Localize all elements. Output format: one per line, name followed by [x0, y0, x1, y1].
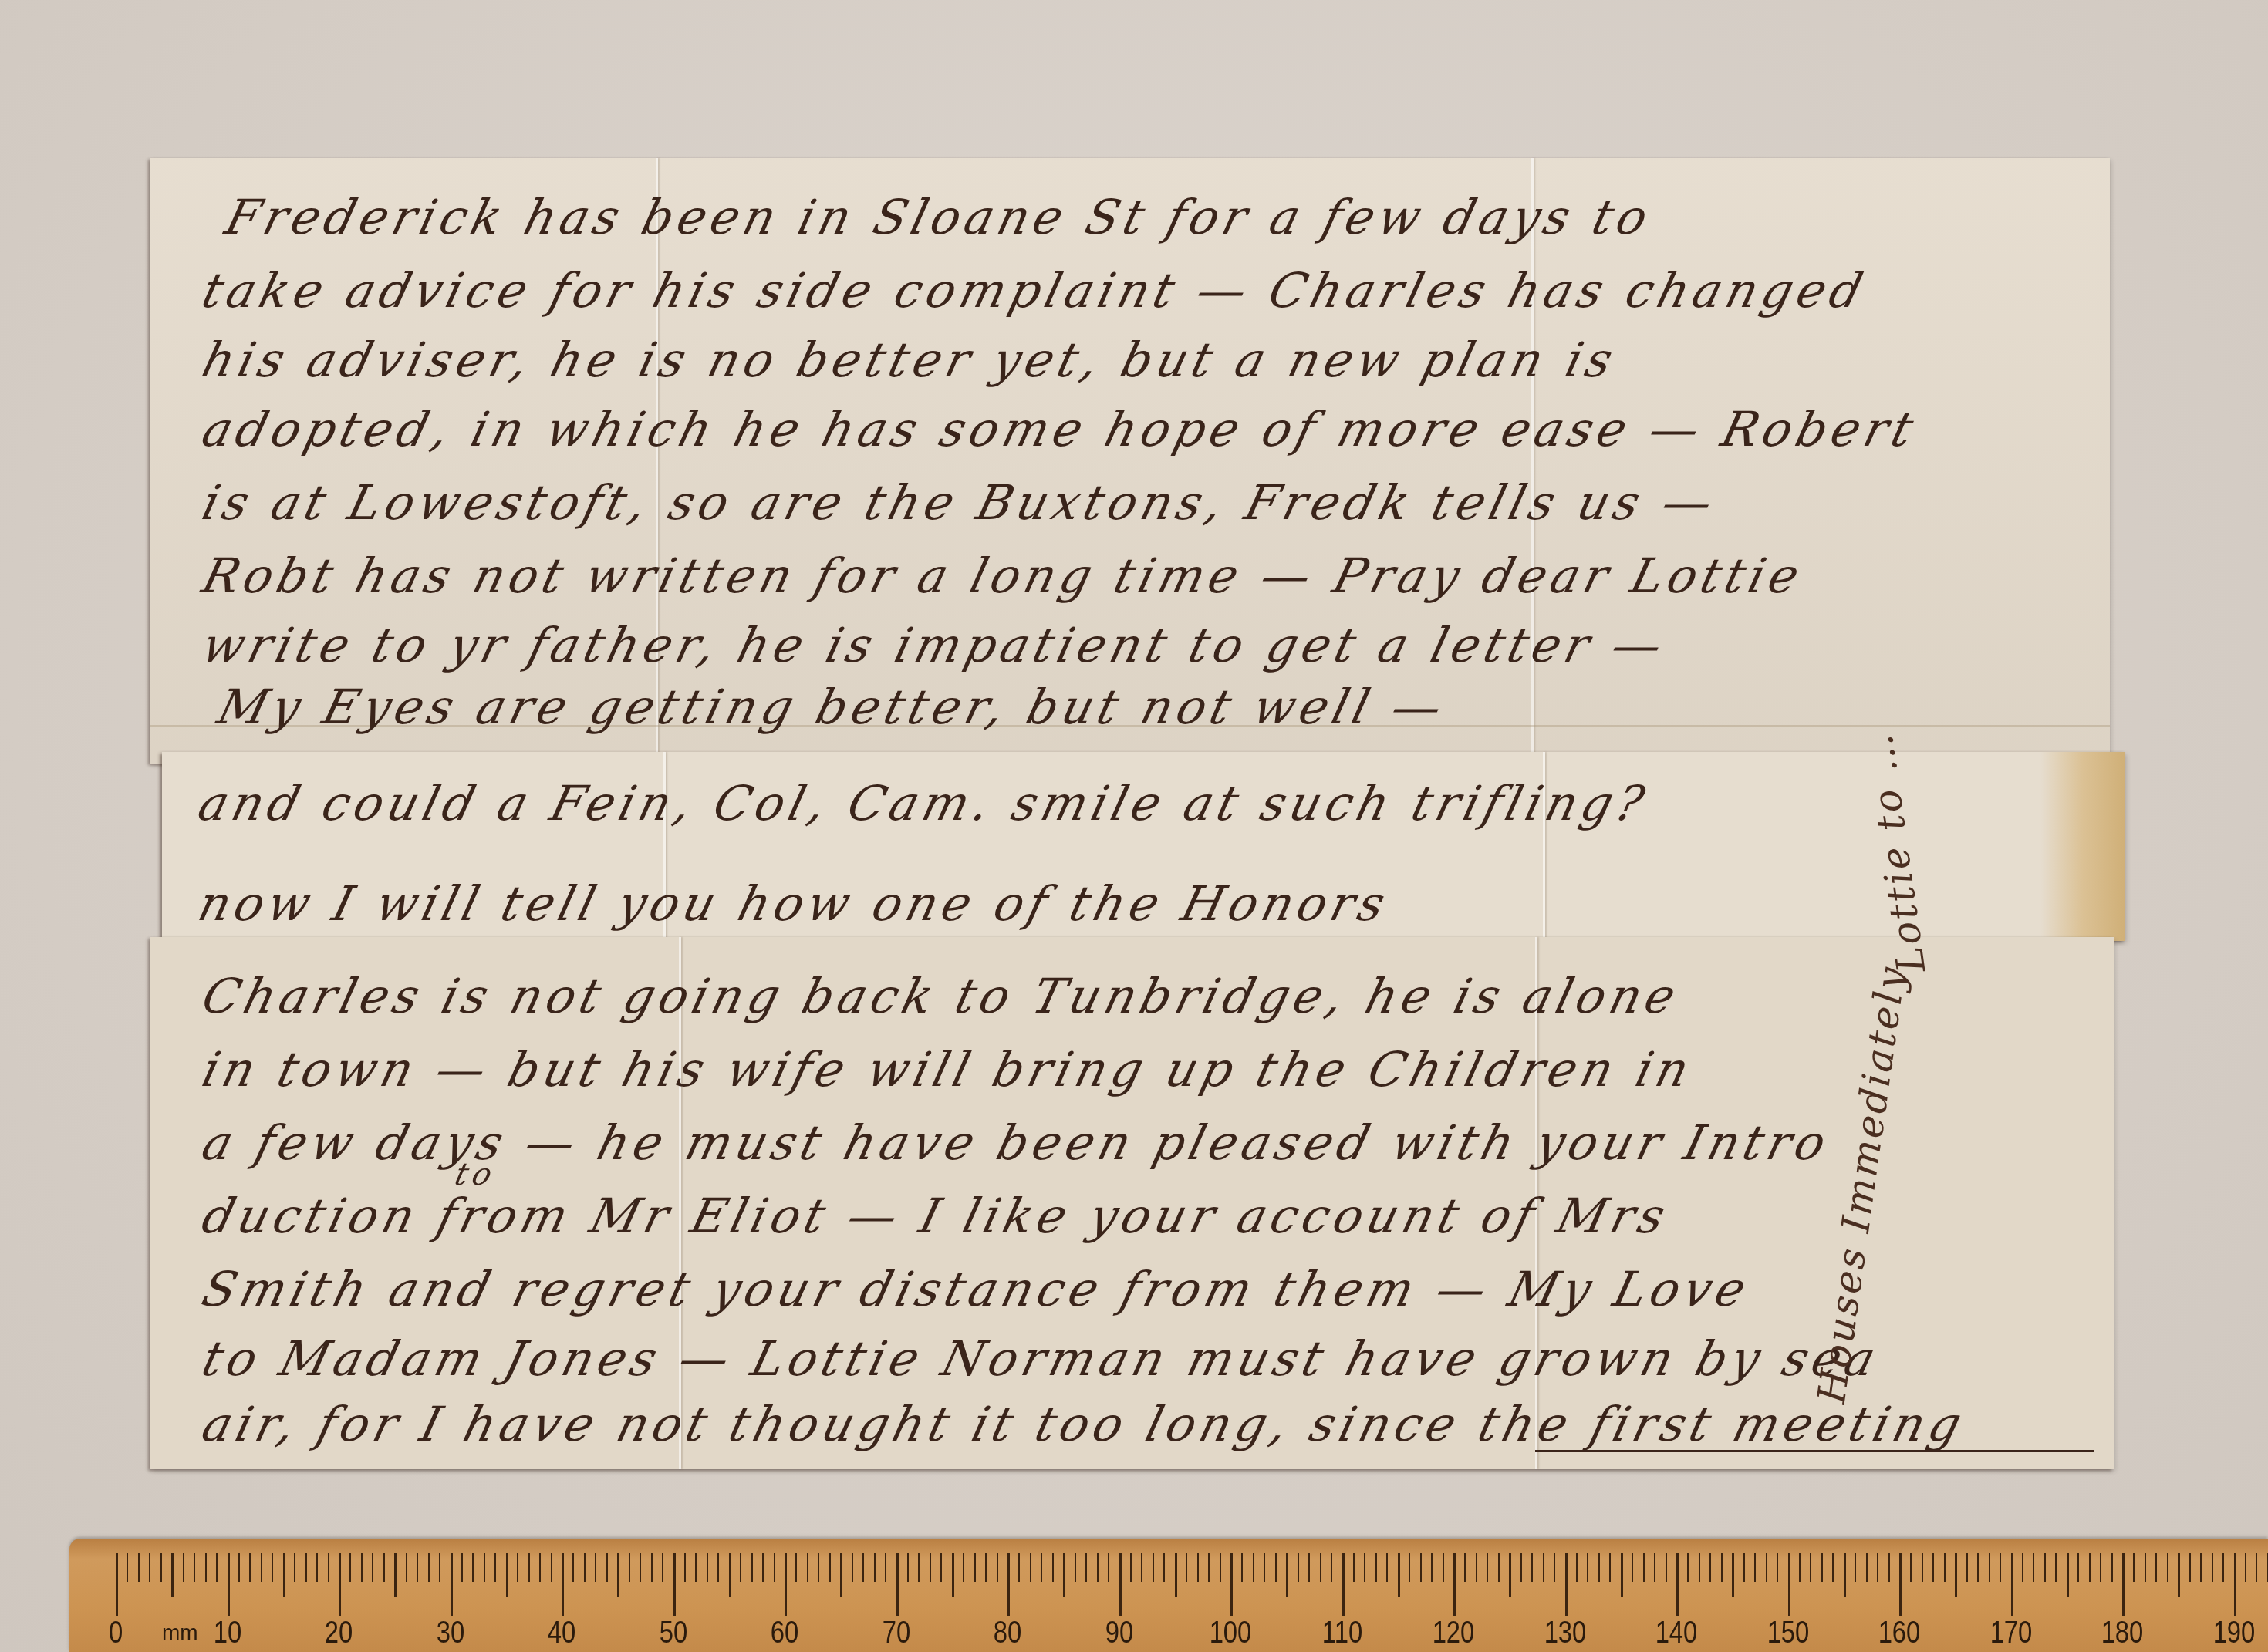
ruler-tick: [2122, 1553, 2125, 1616]
ruler-label: 160: [1878, 1616, 1921, 1650]
ruler-tick: [795, 1553, 797, 1582]
ruler-tick: [673, 1553, 676, 1616]
ruler-tick: [238, 1553, 240, 1582]
ruler-tick: [1018, 1553, 1020, 1582]
ruler-label: 10: [213, 1616, 241, 1650]
ruler-tick: [1041, 1553, 1042, 1582]
ruler-tick: [1709, 1553, 1711, 1582]
ruler-tick: [1654, 1553, 1655, 1582]
ruler-tick: [595, 1553, 596, 1582]
ruler-tick: [1989, 1553, 1990, 1582]
ruler-tick: [494, 1553, 496, 1582]
ruler-tick: [1398, 1553, 1400, 1597]
ruler-tick: [1721, 1553, 1723, 1582]
ruler-label: 170: [1990, 1616, 2032, 1650]
ruler-tick: [729, 1553, 731, 1597]
ruler-tick: [1621, 1553, 1623, 1597]
ruler-tick: [2222, 1553, 2224, 1582]
ruler-tick: [1732, 1553, 1734, 1597]
ruler-tick: [2212, 1553, 2213, 1582]
ruler-tick: [461, 1553, 463, 1582]
ruler-label: 140: [1655, 1616, 1698, 1650]
ruler-tick: [1554, 1553, 1555, 1582]
ruler-tick: [1899, 1553, 1902, 1616]
underline-stroke: [1535, 1450, 2094, 1452]
ruler-label: 100: [1210, 1616, 1252, 1650]
letter-line: to Madam Jones — Lottie Norman must have…: [197, 1330, 1886, 1387]
ruler-tick: [751, 1553, 753, 1582]
ruler-tick: [1331, 1553, 1332, 1582]
ruler-tick: [1520, 1553, 1522, 1582]
ruler-tick: [1386, 1553, 1388, 1582]
ruler-tick: [2077, 1553, 2079, 1582]
ruler-tick: [774, 1553, 775, 1582]
ruler-tick: [1498, 1553, 1500, 1582]
ruler-tick: [1007, 1553, 1010, 1616]
ruler-tick: [2245, 1553, 2246, 1582]
letter-line: take advice for his side complaint — Cha…: [197, 262, 1873, 319]
ruler-tick: [439, 1553, 440, 1582]
ruler-tick: [1453, 1553, 1456, 1616]
ruler-tick: [451, 1553, 453, 1616]
ruler-tick: [127, 1553, 128, 1582]
ruler-tick: [417, 1553, 418, 1582]
ruler-tick: [1754, 1553, 1756, 1582]
ruler-tick: [907, 1553, 909, 1582]
ruler-tick: [1342, 1553, 1345, 1616]
ruler-tick: [1275, 1553, 1277, 1582]
ruler-tick: [1130, 1553, 1132, 1582]
ruler-label: 40: [548, 1616, 575, 1650]
ruler-label: 50: [659, 1616, 687, 1650]
ruler-tick: [551, 1553, 552, 1582]
ruler-tick: [874, 1553, 876, 1582]
ruler-label: 90: [1105, 1616, 1132, 1650]
ruler-tick: [1108, 1553, 1109, 1582]
ruler-tick: [1565, 1553, 1568, 1616]
ruler-tick: [1598, 1553, 1600, 1582]
ruler-label: 150: [1767, 1616, 1809, 1650]
ruler-tick: [1766, 1553, 1767, 1582]
ruler-tick: [818, 1553, 819, 1582]
ruler-tick: [2000, 1553, 2001, 1582]
ruler-tick: [1208, 1553, 1210, 1582]
ruler-tick: [1220, 1553, 1221, 1582]
letter-line: Smith and regret your distance from them…: [197, 1261, 1757, 1317]
letter-line: is at Lowestoft, so are the Buxtons, Fre…: [197, 474, 1723, 531]
ruler-tick: [328, 1553, 329, 1582]
ruler-label: 30: [436, 1616, 464, 1650]
ruler-tick: [1420, 1553, 1422, 1582]
ruler-tick: [1153, 1553, 1154, 1582]
ruler-tick: [2133, 1553, 2135, 1582]
ruler-tick: [1855, 1553, 1856, 1582]
ruler-tick: [963, 1553, 964, 1582]
ruler-label: 80: [994, 1616, 1021, 1650]
ruler-tick: [1197, 1553, 1199, 1582]
ruler-label: 190: [2212, 1616, 2255, 1650]
ruler-tick: [1186, 1553, 1187, 1582]
ruler-tick: [1543, 1553, 1544, 1582]
ruler-tick: [2022, 1553, 2023, 1582]
ruler-tick: [1298, 1553, 1299, 1582]
letter-bottom-panel: Charles is not going back to Tunbridge, …: [150, 937, 2114, 1469]
ruler-tick: [1320, 1553, 1321, 1582]
ruler-tick: [539, 1553, 541, 1582]
ruler-tick: [1119, 1553, 1122, 1616]
ruler-tick: [2167, 1553, 2168, 1582]
ruler-tick: [1264, 1553, 1265, 1582]
ruler-tick: [528, 1553, 530, 1582]
ruler-tick: [1832, 1553, 1834, 1582]
ruler-tick: [785, 1553, 787, 1616]
ruler-tick: [1085, 1553, 1087, 1582]
ruler-tick: [1241, 1553, 1243, 1582]
ruler-tick: [2234, 1553, 2236, 1616]
letter-line: now I will tell you how one of the Honor…: [193, 875, 1396, 932]
ruler-tick: [1163, 1553, 1165, 1582]
letter-line: in town — but his wife will bring up the…: [197, 1041, 1699, 1097]
ruler-tick: [1687, 1553, 1689, 1582]
ruler-tick: [216, 1553, 218, 1582]
ruler-tick: [1743, 1553, 1745, 1582]
ruler-tick: [1431, 1553, 1433, 1582]
ruler-label: 180: [2101, 1616, 2144, 1650]
ruler-tick: [428, 1553, 430, 1582]
ruler-tick: [862, 1553, 864, 1582]
ruler-tick: [974, 1553, 976, 1582]
ruler-tick: [2256, 1553, 2257, 1582]
ruler-tick: [562, 1553, 564, 1616]
ruler-tick: [1643, 1553, 1645, 1582]
ruler-tick: [2145, 1553, 2146, 1582]
ruler-tick: [272, 1553, 273, 1582]
ruler-tick: [1364, 1553, 1365, 1582]
ruler-tick: [383, 1553, 385, 1582]
ruler-tick: [1030, 1553, 1031, 1582]
ruler-tick: [1464, 1553, 1466, 1582]
letter-line: Robt has not written for a long time — P…: [197, 548, 1810, 604]
ruler-tick: [149, 1553, 150, 1582]
ruler-tick: [261, 1553, 262, 1582]
cross-writing: Houses Immediately: [1809, 963, 1915, 1406]
ruler-tick: [484, 1553, 485, 1582]
ruler-tick: [1286, 1553, 1288, 1597]
ruler-tick: [1175, 1553, 1177, 1597]
ruler-tick: [1844, 1553, 1846, 1597]
ruler-tick: [1910, 1553, 1912, 1582]
ruler-tick: [283, 1553, 285, 1597]
ruler-tick: [171, 1553, 174, 1597]
ruler-label: 60: [771, 1616, 798, 1650]
ruler-tick: [840, 1553, 842, 1597]
ruler-tick: [1141, 1553, 1142, 1582]
ruler-tick: [1052, 1553, 1054, 1582]
ruler-tick: [1699, 1553, 1700, 1582]
ruler-tick: [617, 1553, 619, 1597]
ruler-label: 0: [109, 1616, 123, 1650]
ruler-tick: [228, 1553, 230, 1616]
ruler-tick: [1075, 1553, 1076, 1582]
measuring-ruler: 0102030405060708090100110120130140150160…: [69, 1539, 2268, 1652]
ruler-tick: [1443, 1553, 1444, 1582]
ruler-tick: [361, 1553, 363, 1582]
ruler-label: 130: [1544, 1616, 1586, 1650]
ruler-tick: [717, 1553, 719, 1582]
ruler-tick: [517, 1553, 518, 1582]
ruler-tick: [1810, 1553, 1811, 1582]
ruler-tick: [1922, 1553, 1923, 1582]
letter-line: and could a Fein, Col, Cam. smile at suc…: [193, 775, 1655, 831]
ruler-tick: [1230, 1553, 1233, 1616]
ruler-tick: [2100, 1553, 2101, 1582]
ruler-tick: [1777, 1553, 1778, 1582]
ruler-tick: [651, 1553, 653, 1582]
ruler-tick: [1308, 1553, 1310, 1582]
ruler-tick: [1888, 1553, 1890, 1582]
ruler-tick: [339, 1553, 341, 1616]
ruler-tick: [1666, 1553, 1667, 1582]
ruler-tick: [2033, 1553, 2034, 1582]
ruler-tick: [2044, 1553, 2046, 1582]
ruler-tick: [1476, 1553, 1477, 1582]
ruler-tick: [406, 1553, 407, 1582]
ruler-tick: [606, 1553, 608, 1582]
ruler-tick: [1676, 1553, 1679, 1616]
ruler-tick: [2055, 1553, 2057, 1582]
ruler-tick: [1877, 1553, 1878, 1582]
letter-line: air, for I have not thought it too long,…: [197, 1396, 1972, 1452]
ruler-unit-label: mm: [162, 1620, 198, 1645]
ruler-tick: [740, 1553, 741, 1582]
ruler-tick: [316, 1553, 318, 1582]
letter-line: adopted, in which he has some hope of mo…: [197, 401, 1923, 457]
ruler-tick: [1587, 1553, 1588, 1582]
ruler-tick: [506, 1553, 508, 1597]
ruler-tick: [762, 1553, 764, 1582]
ruler-tick: [1799, 1553, 1801, 1582]
ruler-tick: [349, 1553, 351, 1582]
ruler-tick: [985, 1553, 987, 1582]
age-stain: [2040, 752, 2125, 941]
ruler-tick: [918, 1553, 920, 1582]
ruler-tick: [1487, 1553, 1488, 1582]
letter-line: his adviser, he is no better yet, but a …: [197, 332, 1623, 388]
ruler-tick: [807, 1553, 808, 1582]
ruler-tick: [852, 1553, 853, 1582]
letter-line: write to yr father, he is impatient to g…: [197, 617, 1672, 673]
ruler-tick: [572, 1553, 574, 1582]
ruler-tick: [584, 1553, 586, 1582]
ruler-tick: [896, 1553, 899, 1616]
ruler-tick: [2067, 1553, 2069, 1597]
ruler-tick: [930, 1553, 931, 1582]
ruler-tick: [940, 1553, 942, 1582]
ruler-tick: [2189, 1553, 2191, 1582]
letter-line: a few days — he must have been pleased w…: [197, 1114, 1836, 1171]
ruler-tick: [1932, 1553, 1934, 1582]
letter-line: My Eyes are getting better, but not well…: [212, 679, 1453, 735]
ruler-tick: [1788, 1553, 1790, 1616]
ruler-tick: [1063, 1553, 1065, 1597]
ruler-tick: [1632, 1553, 1633, 1582]
ruler-tick: [305, 1553, 307, 1582]
ruler-tick: [695, 1553, 697, 1582]
ruler-tick: [2089, 1553, 2091, 1582]
ruler-tick: [707, 1553, 708, 1582]
ruler-tick: [1531, 1553, 1533, 1582]
ruler-tick: [640, 1553, 641, 1582]
letter-middle-strip: and could a Fein, Col, Cam. smile at suc…: [162, 752, 2125, 941]
ruler-label: 110: [1321, 1616, 1362, 1650]
ruler-tick: [294, 1553, 295, 1582]
ruler-tick: [116, 1553, 118, 1616]
ruler-tick: [1966, 1553, 1968, 1582]
ruler-tick: [1375, 1553, 1377, 1582]
ruler-label: 120: [1433, 1616, 1475, 1650]
letter-top-panel: Frederick has been in Sloane St for a fe…: [150, 158, 2110, 764]
ruler-tick: [205, 1553, 207, 1582]
ruler-tick: [2111, 1553, 2113, 1582]
ruler-tick: [2200, 1553, 2202, 1582]
ruler-tick: [662, 1553, 663, 1582]
ruler-tick: [1821, 1553, 1823, 1582]
ruler-tick: [472, 1553, 474, 1582]
ruler-tick: [952, 1553, 954, 1597]
ruler-tick: [249, 1553, 251, 1582]
ruler-tick: [1977, 1553, 1979, 1582]
ruler-tick: [138, 1553, 140, 1582]
ruler-tick: [1409, 1553, 1410, 1582]
ruler-label: 70: [882, 1616, 910, 1650]
ruler-tick: [629, 1553, 630, 1582]
ruler-tick: [829, 1553, 831, 1582]
ruler-tick: [684, 1553, 686, 1582]
ruler-tick: [1576, 1553, 1578, 1582]
ruler-tick: [885, 1553, 886, 1582]
letter-line: Frederick has been in Sloane St for a fe…: [220, 189, 1658, 245]
ruler-tick: [1866, 1553, 1868, 1582]
ruler-tick: [183, 1553, 184, 1582]
ruler-tick: [1253, 1553, 1254, 1582]
ruler-tick: [1353, 1553, 1355, 1582]
ruler-tick: [160, 1553, 162, 1582]
ruler-tick: [997, 1553, 998, 1582]
ruler-tick: [394, 1553, 397, 1597]
letter-line: duction from Mr Eliot — I like your acco…: [197, 1188, 1676, 1244]
ruler-tick: [2178, 1553, 2180, 1597]
ruler-tick: [1609, 1553, 1611, 1582]
ruler-tick: [1944, 1553, 1946, 1582]
ruler-tick: [1955, 1553, 1957, 1597]
ruler-tick: [1509, 1553, 1511, 1597]
ruler-tick: [194, 1553, 195, 1582]
ruler-label: 20: [325, 1616, 353, 1650]
ruler-tick: [1097, 1553, 1099, 1582]
ruler-tick: [372, 1553, 373, 1582]
letter-line: Charles is not going back to Tunbridge, …: [197, 968, 1686, 1024]
ruler-tick: [2155, 1553, 2157, 1582]
ruler-tick: [2011, 1553, 2013, 1616]
